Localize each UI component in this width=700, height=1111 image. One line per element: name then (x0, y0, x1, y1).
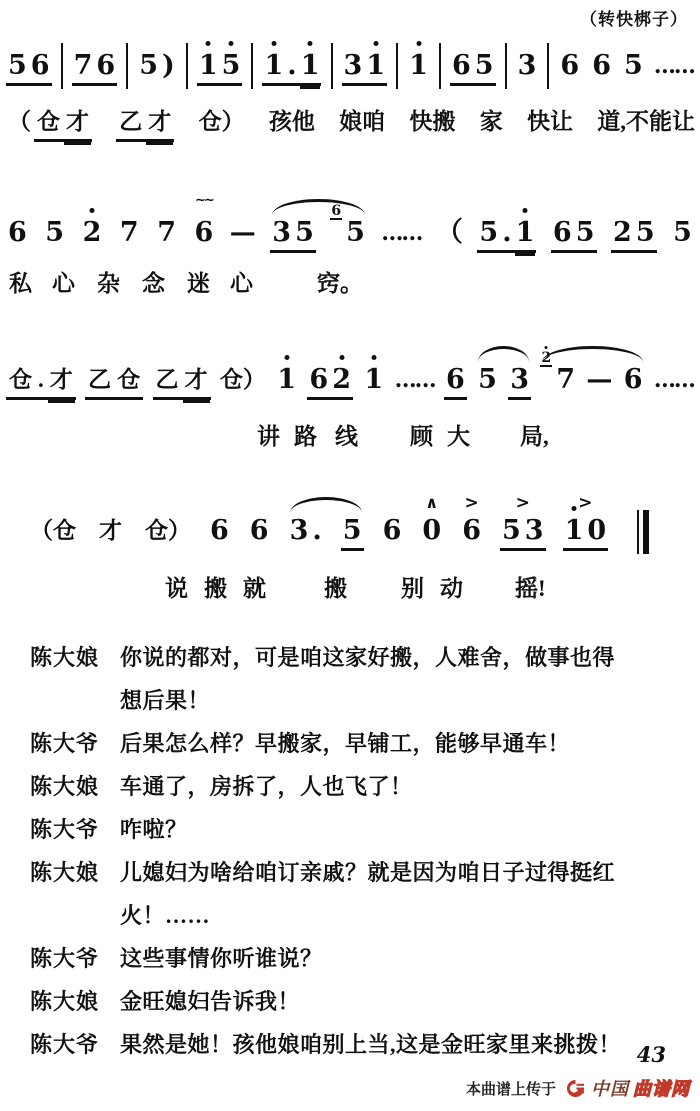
qupu-logo-icon (566, 1079, 585, 1098)
text-token: 讲 (257, 420, 280, 454)
lyrics-line-2: 私心杂念迷心窍。 (0, 267, 700, 301)
note-char: 1 (514, 216, 537, 253)
slur-arc (478, 346, 529, 362)
note-char: 7 (118, 216, 141, 250)
text-token: 迷 (187, 267, 210, 301)
speech-text: 儿媳妇为啥给咱订亲戚？就是因为咱日子过得挺红 火！…… (120, 851, 690, 937)
note-group: 25 (611, 216, 657, 253)
note-group: 5 (476, 363, 499, 397)
note-group: 5) (137, 49, 177, 83)
note-char: 3 (288, 514, 311, 548)
dialogue-row: 陈大娘你说的都对，可是咱这家好搬，人难舍，做事也得 想后果！ (30, 636, 690, 722)
score-block-3: 仓.才乙仓乙才仓）1621……65327—6…… 讲路线顾大局, (0, 347, 700, 454)
speaker-name: 陈大爷 (30, 722, 120, 765)
note-group: 乙仓 (85, 363, 143, 400)
note-group: 6 (248, 514, 271, 548)
score-block-4: （仓 才 仓）663.56∧0>6>53>10 说搬就搬别动摇! (0, 498, 700, 606)
note-char: 1 (362, 363, 385, 397)
text-token: 念 (142, 267, 165, 301)
speech-text: 咋啦？ (120, 808, 690, 851)
note-group: 31 (342, 49, 388, 86)
text-token: 家 (480, 105, 503, 139)
dialogue-row: 陈大爷这些事情你听谁说？ (30, 937, 690, 980)
note-char: 1 (364, 49, 387, 86)
continuation-ellipsis: …… (395, 363, 435, 397)
note-char: 6 (381, 514, 404, 548)
speech-text: 这些事情你听谁说？ (120, 937, 690, 980)
note-char: 1 (197, 49, 220, 86)
text-token: 快让 (527, 105, 573, 139)
dialogue-row: 陈大娘金旺媳妇告诉我！ (30, 980, 690, 1023)
text-token: 搬 (324, 572, 347, 606)
note-char: . (310, 514, 323, 548)
note-group: 仓.才 (6, 363, 76, 400)
note-group: 6 (381, 514, 404, 548)
note-char: 1 (299, 49, 322, 86)
music-line-4: （仓 才 仓）663.56∧0>6>53>10 (0, 498, 700, 564)
note-group: 5 (671, 216, 694, 250)
speech-text: 金旺媳妇告诉我！ (120, 980, 690, 1023)
note-char: 5 (220, 49, 243, 86)
continuation-ellipsis: …… (654, 49, 694, 83)
barline (396, 43, 398, 89)
text-token: 心 (230, 267, 253, 301)
speech-text: 车通了，房拆了，人也飞了！ (120, 765, 690, 808)
note-group: 7 (118, 216, 141, 250)
text-token: 别 (401, 572, 424, 606)
text-token: 说 (165, 572, 188, 606)
note-char: 1 (262, 49, 285, 86)
slur-arc (272, 199, 365, 215)
note-group: 5.1 (477, 216, 536, 253)
note-char: 0 (420, 514, 443, 548)
note-group: 5 (622, 49, 645, 83)
caret-ornament-icon: ∧ (425, 496, 438, 510)
note-char: 6 (307, 363, 330, 400)
note-group: 56 (6, 49, 52, 86)
speaker-name: 陈大娘 (30, 765, 120, 808)
note-char: 5 (137, 49, 160, 83)
accent-ornament-icon: > (464, 496, 478, 510)
note-group: 6 (208, 514, 231, 548)
note-group: 65 (330, 216, 367, 250)
upload-credit: 本曲谱上传于 中国曲谱网 (466, 1075, 690, 1101)
speaker-name: 陈大爷 (30, 808, 120, 851)
note-group: 35 (270, 216, 316, 253)
text-token: 窍。 (317, 267, 363, 301)
text-token: 心 (52, 267, 75, 301)
note-char: 仓 (114, 363, 143, 400)
text-token: （仓 才 仓） (30, 514, 191, 548)
dialogue-row: 陈大爷咋啦？ (30, 808, 690, 851)
site-name-cn: 中国 (591, 1075, 629, 1101)
note-char: 乙 (153, 363, 182, 400)
barline (61, 43, 63, 89)
note-char: 6 (558, 49, 581, 83)
note-char: 3 (516, 49, 539, 83)
score-block-2: 65277∼∼6—3565……（5.165255 私心杂念迷心窍。 (0, 200, 700, 301)
note-char: . (35, 363, 47, 400)
speaker-name: 陈大爷 (30, 937, 120, 980)
note-char: 乙 (116, 105, 145, 142)
note-char: 3 (270, 216, 293, 253)
note-char: 5 (500, 514, 523, 551)
dialogue-row: 陈大爷果然是她！孩他娘咱别上当,这是金旺家里来挑拨！ (30, 1023, 690, 1066)
mordent-ornament-icon: ∼∼ (195, 194, 213, 208)
text-token: 大 (447, 420, 470, 454)
note-char: 仓 (34, 105, 63, 142)
dialogue-row: 陈大娘车通了，房拆了，人也飞了！ (30, 765, 690, 808)
note-char: 5 (473, 49, 496, 86)
note-char: 0 (585, 514, 608, 551)
note-char: 1 (407, 49, 430, 83)
note-group: >10 (563, 514, 609, 551)
note-group: 15 (197, 49, 243, 86)
text-token: 线 (335, 420, 358, 454)
note-char: . (500, 216, 513, 253)
note-char: 才 (63, 105, 92, 142)
music-line-2: 65277∼∼6—3565……（5.165255 (0, 200, 700, 263)
note-group: 65 (551, 216, 597, 253)
barline (186, 43, 188, 89)
note-char: 5 (43, 216, 66, 250)
slur-arc (542, 346, 643, 362)
sheet-music-page: （转快梆子） 56765)151.1311653665…… （仓才乙才仓）孩他娘… (0, 0, 700, 1111)
note-group: 1.1 (262, 49, 321, 86)
note-group: 1 (407, 49, 430, 83)
barline (439, 43, 441, 89)
note-char: 6 (94, 49, 117, 86)
dialogue-row: 陈大娘儿媳妇为啥给咱订亲戚？就是因为咱日子过得挺红 火！…… (30, 851, 690, 937)
note-char: 5 (344, 216, 367, 250)
continuation-ellipsis: …… (654, 363, 694, 397)
barline (331, 43, 333, 89)
note-group: 62 (307, 363, 353, 400)
note-char: . (285, 49, 298, 86)
text-token: 娘咱 (339, 105, 385, 139)
note-char: 才 (47, 363, 76, 400)
note-group: 6 (590, 49, 613, 83)
note-group: ∧0 (420, 514, 443, 548)
note-char: 1 (563, 514, 586, 551)
duration-dash: — (586, 363, 612, 397)
note-char: 6 (622, 363, 645, 397)
note-group: ∼∼6 (192, 216, 215, 250)
note-char: 5 (341, 514, 364, 551)
note-group: 7 (155, 216, 178, 250)
note-char: 3 (508, 363, 531, 400)
tempo-annotation: （转快梆子） (0, 0, 700, 29)
text-token: 顾 (410, 420, 433, 454)
text-token: 摇! (515, 572, 546, 606)
dialogue-row: 陈大爷后果怎么样？早搬家，早铺工，能够早通车！ (30, 722, 690, 765)
speech-text: 果然是她！孩他娘咱别上当,这是金旺家里来挑拨！ (120, 1023, 690, 1066)
music-line-3: 仓.才乙仓乙才仓）1621……65327—6…… (0, 347, 700, 410)
note-group: 6 (558, 49, 581, 83)
note-group: 乙才 (116, 105, 174, 142)
note-char: 5 (634, 216, 657, 253)
note-group: 1 (362, 363, 385, 397)
final-barline (637, 510, 649, 554)
accent-ornament-icon: > (516, 496, 530, 510)
note-char: 7 (72, 49, 95, 86)
note-char: 6 (192, 216, 215, 250)
text-token: 仓） (199, 105, 245, 139)
note-group: 27 (540, 363, 577, 397)
note-char: 才 (182, 363, 211, 400)
speaker-name: 陈大娘 (30, 636, 120, 679)
text-token: 就 (243, 572, 266, 606)
note-char: 乙 (85, 363, 114, 400)
text-token: 道,不能让 (597, 105, 695, 139)
speaker-name: 陈大爷 (30, 1023, 120, 1066)
note-char: 3 (342, 49, 365, 86)
speaker-name: 陈大娘 (30, 980, 120, 1023)
barline (251, 43, 253, 89)
note-group: 65 (450, 49, 496, 86)
note-char: 6 (590, 49, 613, 83)
lyrics-line-1: （仓才乙才仓）孩他娘咱快搬家快让道,不能让 (0, 105, 700, 142)
note-char: 5 (671, 216, 694, 250)
note-group: 76 (72, 49, 118, 86)
note-char: 6 (551, 216, 574, 253)
score-block-1: 56765)151.1311653665…… （仓才乙才仓）孩他娘咱快搬家快让道… (0, 33, 700, 142)
note-char: 仓 (6, 363, 35, 400)
note-group: 3 (508, 363, 531, 400)
site-name-rest: 曲谱网 (633, 1075, 690, 1101)
text-token: 私 (9, 267, 32, 301)
speaker-name: 陈大娘 (30, 851, 120, 894)
barline (505, 43, 507, 89)
note-char: 6 (450, 49, 473, 86)
note-char: 5 (293, 216, 316, 253)
note-char: 5 (574, 216, 597, 253)
note-group: 6 (6, 216, 29, 250)
note-char: 5 (476, 363, 499, 397)
lyrics-line-3: 讲路线顾大局, (0, 420, 700, 454)
note-char: 6 (29, 49, 52, 86)
text-token: 局, (520, 420, 549, 454)
text-token: 动 (440, 572, 463, 606)
note-char: 2 (330, 363, 353, 400)
duration-dash: — (230, 216, 256, 250)
text-token: 搬 (204, 572, 227, 606)
note-char: 3 (523, 514, 546, 551)
note-group: 5 (341, 514, 364, 551)
note-char: 7 (155, 216, 178, 250)
text-token: 仓） (220, 363, 266, 397)
text-token: 杂 (97, 267, 120, 301)
text-token: （ (436, 216, 463, 250)
note-char: 1 (275, 363, 298, 397)
speech-text: 你说的都对，可是咱这家好搬，人难舍，做事也得 想后果！ (120, 636, 690, 722)
note-group: 2 (81, 216, 104, 250)
note-char: 才 (145, 105, 174, 142)
note-char: 6 (460, 514, 483, 548)
note-group: 3. (288, 514, 324, 548)
dialogue-section: 陈大娘你说的都对，可是咱这家好搬，人难舍，做事也得 想后果！陈大爷后果怎么样？早… (0, 636, 700, 1066)
note-group: 乙才 (153, 363, 211, 400)
note-group: 3 (516, 49, 539, 83)
note-char: 5 (477, 216, 500, 253)
note-group: 6 (622, 363, 645, 397)
slur-arc (290, 497, 362, 513)
note-group: （仓才 (5, 105, 92, 142)
music-line-1: 56765)151.1311653665…… (0, 33, 700, 99)
note-char: 6 (248, 514, 271, 548)
note-char: ) (160, 49, 177, 83)
barline (126, 43, 128, 89)
note-group: 5 (43, 216, 66, 250)
note-char: 5 (6, 49, 29, 86)
note-char: 6 (208, 514, 231, 548)
upload-label: 本曲谱上传于 (466, 1078, 556, 1099)
note-char: 7 (554, 363, 577, 397)
note-char: 6 (6, 216, 29, 250)
text-token: 孩他 (269, 105, 315, 139)
note-group: 6 (444, 363, 467, 400)
note-char: 6 (444, 363, 467, 400)
note-char: 2 (81, 216, 104, 250)
note-group: 1 (275, 363, 298, 397)
lyrics-line-4: 说搬就搬别动摇! (0, 572, 700, 606)
note-char: （ (5, 105, 34, 139)
note-char: 5 (622, 49, 645, 83)
page-number: 43 (637, 1042, 666, 1067)
note-group: >53 (500, 514, 546, 551)
text-token: 快搬 (409, 105, 455, 139)
note-group: >6 (460, 514, 483, 548)
accent-ornament-icon: > (578, 496, 592, 510)
note-char: 2 (611, 216, 634, 253)
speech-text: 后果怎么样？早搬家，早铺工，能够早通车！ (120, 722, 690, 765)
text-token: 路 (294, 420, 317, 454)
barline (547, 43, 549, 89)
continuation-ellipsis: …… (381, 216, 421, 250)
